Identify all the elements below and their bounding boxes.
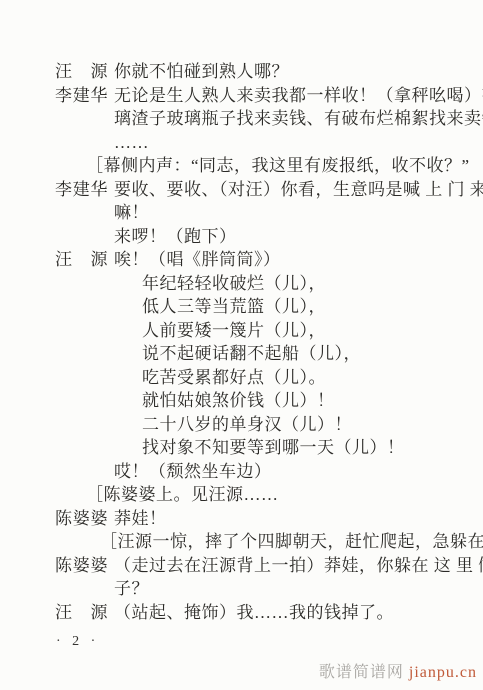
line-text: 哎！（颓然坐车边）: [114, 462, 272, 481]
line-text: ……: [114, 133, 149, 152]
script-line: 汪源你就不怕碰到熟人哪？: [55, 60, 447, 84]
line-text: 唉！（唱《胖筒筒》）: [114, 248, 447, 272]
page-number: · 2 ·: [56, 634, 99, 650]
script-line: 李建华无论是生人熟人来卖我都一样收！（拿秤吆喝）有 玻: [55, 84, 447, 108]
line-text: 莽娃！: [114, 507, 447, 531]
script-line: 嘛！: [55, 201, 447, 225]
line-text: ［陈婆婆上。见汪源……: [86, 485, 279, 504]
verse-text: 就怕姑娘煞价钱（儿）！: [142, 391, 335, 410]
script-line: 李建华要收、要收、（对汪）你看，生意吗是喊 上 门 来 的: [55, 178, 447, 202]
speaker-name: 陈婆婆: [55, 554, 108, 578]
line-text: 要收、要收、（对汪）你看，生意吗是喊 上 门 来 的: [114, 178, 483, 202]
verse-line: 就怕姑娘煞价钱（儿）！: [55, 389, 447, 413]
stage-direction-line: ［幕侧内声：“同志，我这里有废报纸，收不收？”: [55, 154, 447, 178]
script-line: 璃渣子玻璃瓶子找来卖钱、有破布烂棉絮找来卖钱: [55, 107, 447, 131]
script-line: 子？: [55, 577, 447, 601]
script-line: 陈婆婆莽娃！: [55, 507, 447, 531]
verse-line: 人前要矮一篾片（儿），: [55, 319, 447, 343]
line-text: 来啰！（跑下）: [114, 227, 237, 246]
speaker-name: 汪源: [55, 60, 108, 84]
line-text: ［汪源一惊，摔了个四脚朝天，赶忙爬起，急躲在车后。: [100, 532, 483, 551]
verse-line: 低人三等当荒篮（儿），: [55, 295, 447, 319]
line-text: 无论是生人熟人来卖我都一样收！（拿秤吆喝）有 玻: [114, 84, 483, 108]
verse-text: 二十八岁的单身汉（儿）！: [142, 415, 352, 434]
speaker-name: 陈婆婆: [55, 507, 108, 531]
line-text: 嘛！: [114, 203, 149, 222]
speaker-name: 李建华: [55, 178, 108, 202]
speaker-name: 汪源: [55, 601, 108, 625]
script-line: 来啰！（跑下）: [55, 225, 447, 249]
script-line: 哎！（颓然坐车边）: [55, 460, 447, 484]
line-text: 璃渣子玻璃瓶子找来卖钱、有破布烂棉絮找来卖钱: [114, 109, 483, 128]
watermark: 歌谱简谱网 jianpu.cn: [319, 659, 477, 682]
script-line: ……: [55, 131, 447, 155]
verse-line: 说不起硬话翻不起船（儿），: [55, 342, 447, 366]
speaker-name: 汪源: [55, 248, 108, 272]
line-text: ［幕侧内声：“同志，我这里有废报纸，收不收？”: [86, 156, 470, 175]
watermark-site-name: 歌谱简谱网: [319, 664, 404, 681]
verse-text: 低人三等当荒篮（儿），: [142, 297, 326, 316]
speaker-name: 李建华: [55, 84, 108, 108]
verse-text: 吃苦受累都好点（儿）。: [142, 368, 326, 387]
line-text: 子？: [114, 579, 149, 598]
verse-line: 年纪轻轻收破烂（儿），: [55, 272, 447, 296]
script-line: 汪源（站起、掩饰）我……我的钱掉了。: [55, 601, 447, 625]
verse-line: 吃苦受累都好点（儿）。: [55, 366, 447, 390]
verse-text: 找对象不知要等到哪一天（儿）！: [142, 438, 405, 457]
line-text: （站起、掩饰）我……我的钱掉了。: [114, 601, 447, 625]
scanned-script-page: 汪源你就不怕碰到熟人哪？李建华无论是生人熟人来卖我都一样收！（拿秤吆喝）有 玻璃…: [0, 0, 483, 690]
watermark-site-url: jianpu.cn: [409, 664, 477, 681]
stage-direction-line: ［陈婆婆上。见汪源……: [55, 483, 447, 507]
script-line: 陈婆婆（走过去在汪源背上一拍）莽娃，你躲在 这 里 做 啥: [55, 554, 447, 578]
verse-line: 二十八岁的单身汉（儿）！: [55, 413, 447, 437]
verse-text: 说不起硬话翻不起船（儿），: [142, 344, 361, 363]
verse-line: 找对象不知要等到哪一天（儿）！: [55, 436, 447, 460]
verse-text: 人前要矮一篾片（儿），: [142, 321, 326, 340]
verse-text: 年纪轻轻收破烂（儿），: [142, 274, 326, 293]
stage-direction-line: ［汪源一惊，摔了个四脚朝天，赶忙爬起，急躲在车后。: [55, 530, 447, 554]
script-body: 汪源你就不怕碰到熟人哪？李建华无论是生人熟人来卖我都一样收！（拿秤吆喝）有 玻璃…: [55, 60, 447, 624]
line-text: （走过去在汪源背上一拍）莽娃，你躲在 这 里 做 啥: [114, 554, 483, 578]
line-text: 你就不怕碰到熟人哪？: [114, 60, 447, 84]
script-line: 汪源唉！（唱《胖筒筒》）: [55, 248, 447, 272]
